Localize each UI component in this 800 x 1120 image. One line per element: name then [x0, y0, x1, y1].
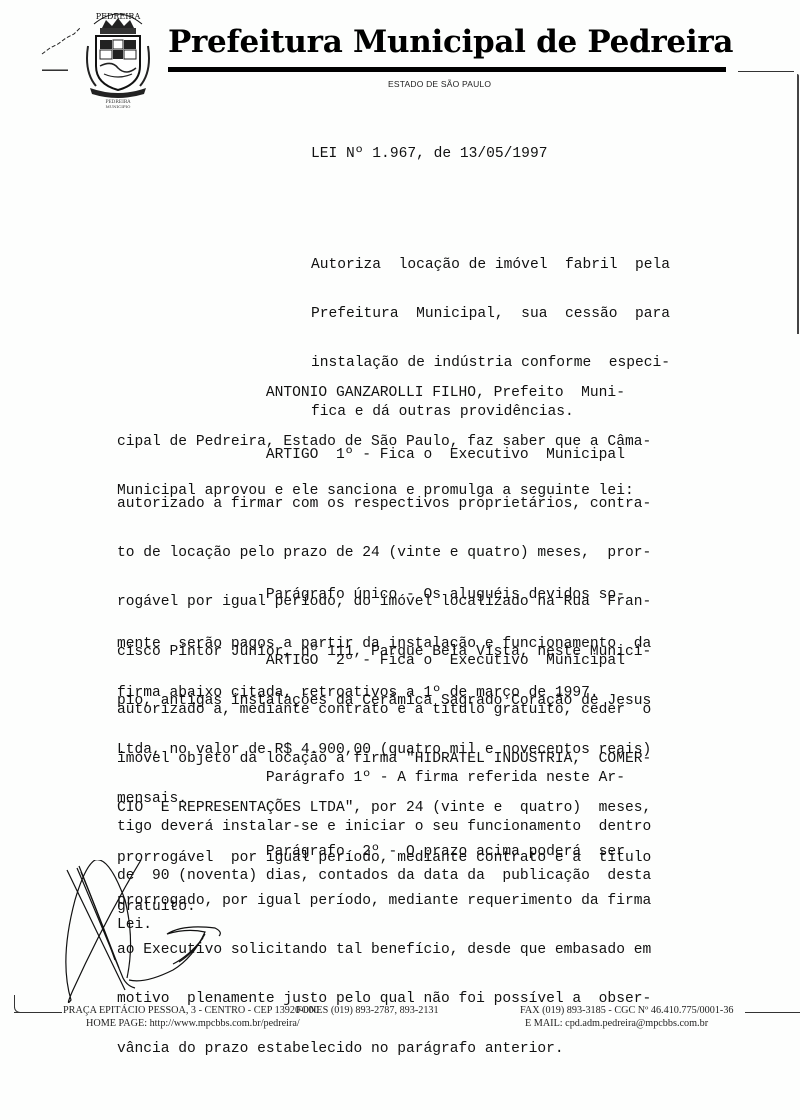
- text-line: ARTIGO 2º - Fica o Executivo Municipal: [117, 653, 651, 669]
- text-line: ANTONIO GANZAROLLI FILHO, Prefeito Muni-: [117, 385, 651, 401]
- right-margin-rule: [738, 71, 794, 72]
- text-line: vância do prazo estabelecido no parágraf…: [117, 1041, 651, 1057]
- text-line: Parágrafo 2º - O prazo acima poderá ser: [117, 844, 651, 860]
- text-line: Parágrafo único - Os aluguéis devidos so…: [117, 587, 651, 603]
- right-page-border: [797, 74, 799, 334]
- footer-fax-cgc: FAX (019) 893-3185 - CGC Nº 46.410.775/0…: [520, 1005, 734, 1016]
- letterhead-state: ESTADO DE SÃO PAULO: [388, 79, 491, 89]
- law-number: LEI Nº 1.967, de 13/05/1997: [311, 146, 547, 162]
- footer-left-bracket: [14, 995, 25, 1013]
- text-line: ARTIGO 1º - Fica o Executivo Municipal: [117, 447, 651, 463]
- footer-left-rule: [14, 1012, 62, 1013]
- text-line: autorizado a, mediante contrato e a títu…: [117, 702, 651, 718]
- title-underline: [168, 67, 726, 72]
- letterhead-title: Prefeitura Municipal de Pedreira: [168, 24, 733, 60]
- coat-of-arms-icon: PEDREIRA PEDREIRA MUNICIPIO: [82, 6, 154, 108]
- pen-stroke-mark-icon: [40, 24, 82, 74]
- footer-right-rule: [745, 1012, 800, 1013]
- summary-line: Prefeitura Municipal, sua cessão para: [311, 306, 670, 322]
- text-line: Parágrafo 1º - A firma referida neste Ar…: [117, 770, 651, 786]
- summary-line: Autoriza locação de imóvel fabril pela: [311, 257, 670, 273]
- svg-text:MUNICIPIO: MUNICIPIO: [106, 104, 131, 108]
- text-line: autorizado a firmar com os respectivos p…: [117, 496, 651, 512]
- footer-homepage-link[interactable]: HOME PAGE: http://www.mpcbbs.com.br/pedr…: [86, 1018, 300, 1029]
- footer-phones: FONES (019) 893-2787, 893-2131: [296, 1005, 439, 1016]
- footer-email-link[interactable]: E MAIL: cpd.adm.pedreira@mpcbbs.com.br: [525, 1018, 708, 1029]
- signature-icon: [55, 860, 245, 1010]
- footer-address: PRAÇA EPITÁCIO PESSOA, 3 - CENTRO - CEP …: [63, 1005, 319, 1016]
- left-margin-rule: [42, 70, 68, 71]
- document-page: PEDREIRA PEDREIRA MUNICIPIO Prefeitura M…: [0, 0, 800, 1120]
